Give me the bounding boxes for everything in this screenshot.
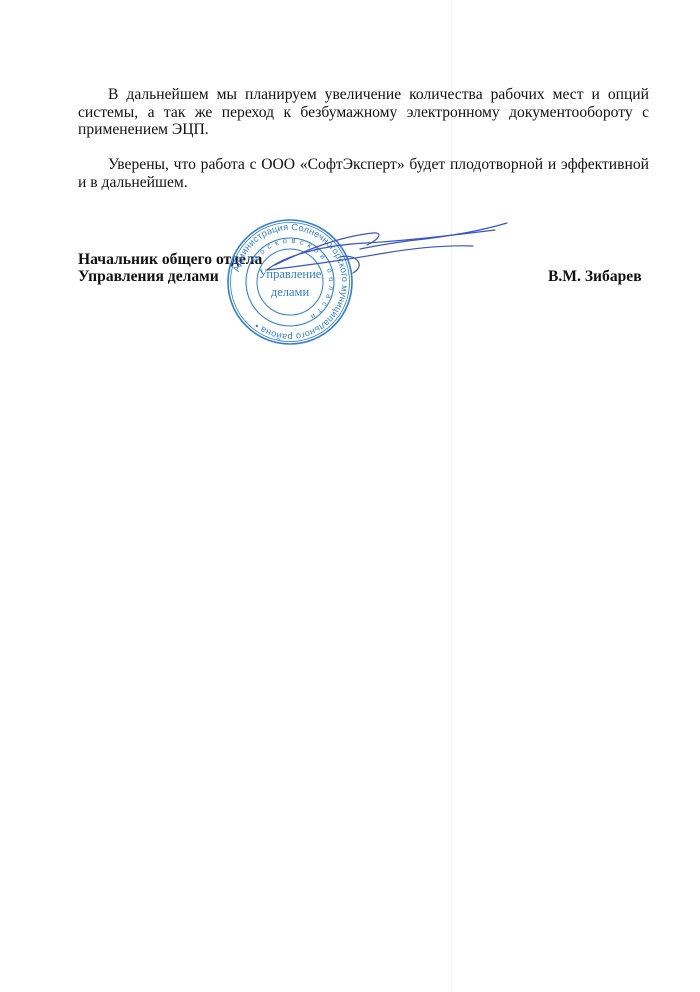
paragraph-plans: В дальнейшем мы планируем увеличение кол… <box>78 86 649 139</box>
paragraph-plans-text: В дальнейшем мы планируем увеличение кол… <box>78 86 649 138</box>
paragraph-confidence-text: Уверены, что работа с ООО «СофтЭксперт» … <box>78 156 649 191</box>
signer-position-line2: Управления делами <box>78 268 219 286</box>
handwritten-signature <box>255 215 515 290</box>
signer-name: В.М. Зибарев <box>548 268 642 286</box>
scan-artifact-line <box>451 0 452 992</box>
paragraph-confidence: Уверены, что работа с ООО «СофтЭксперт» … <box>78 156 649 191</box>
